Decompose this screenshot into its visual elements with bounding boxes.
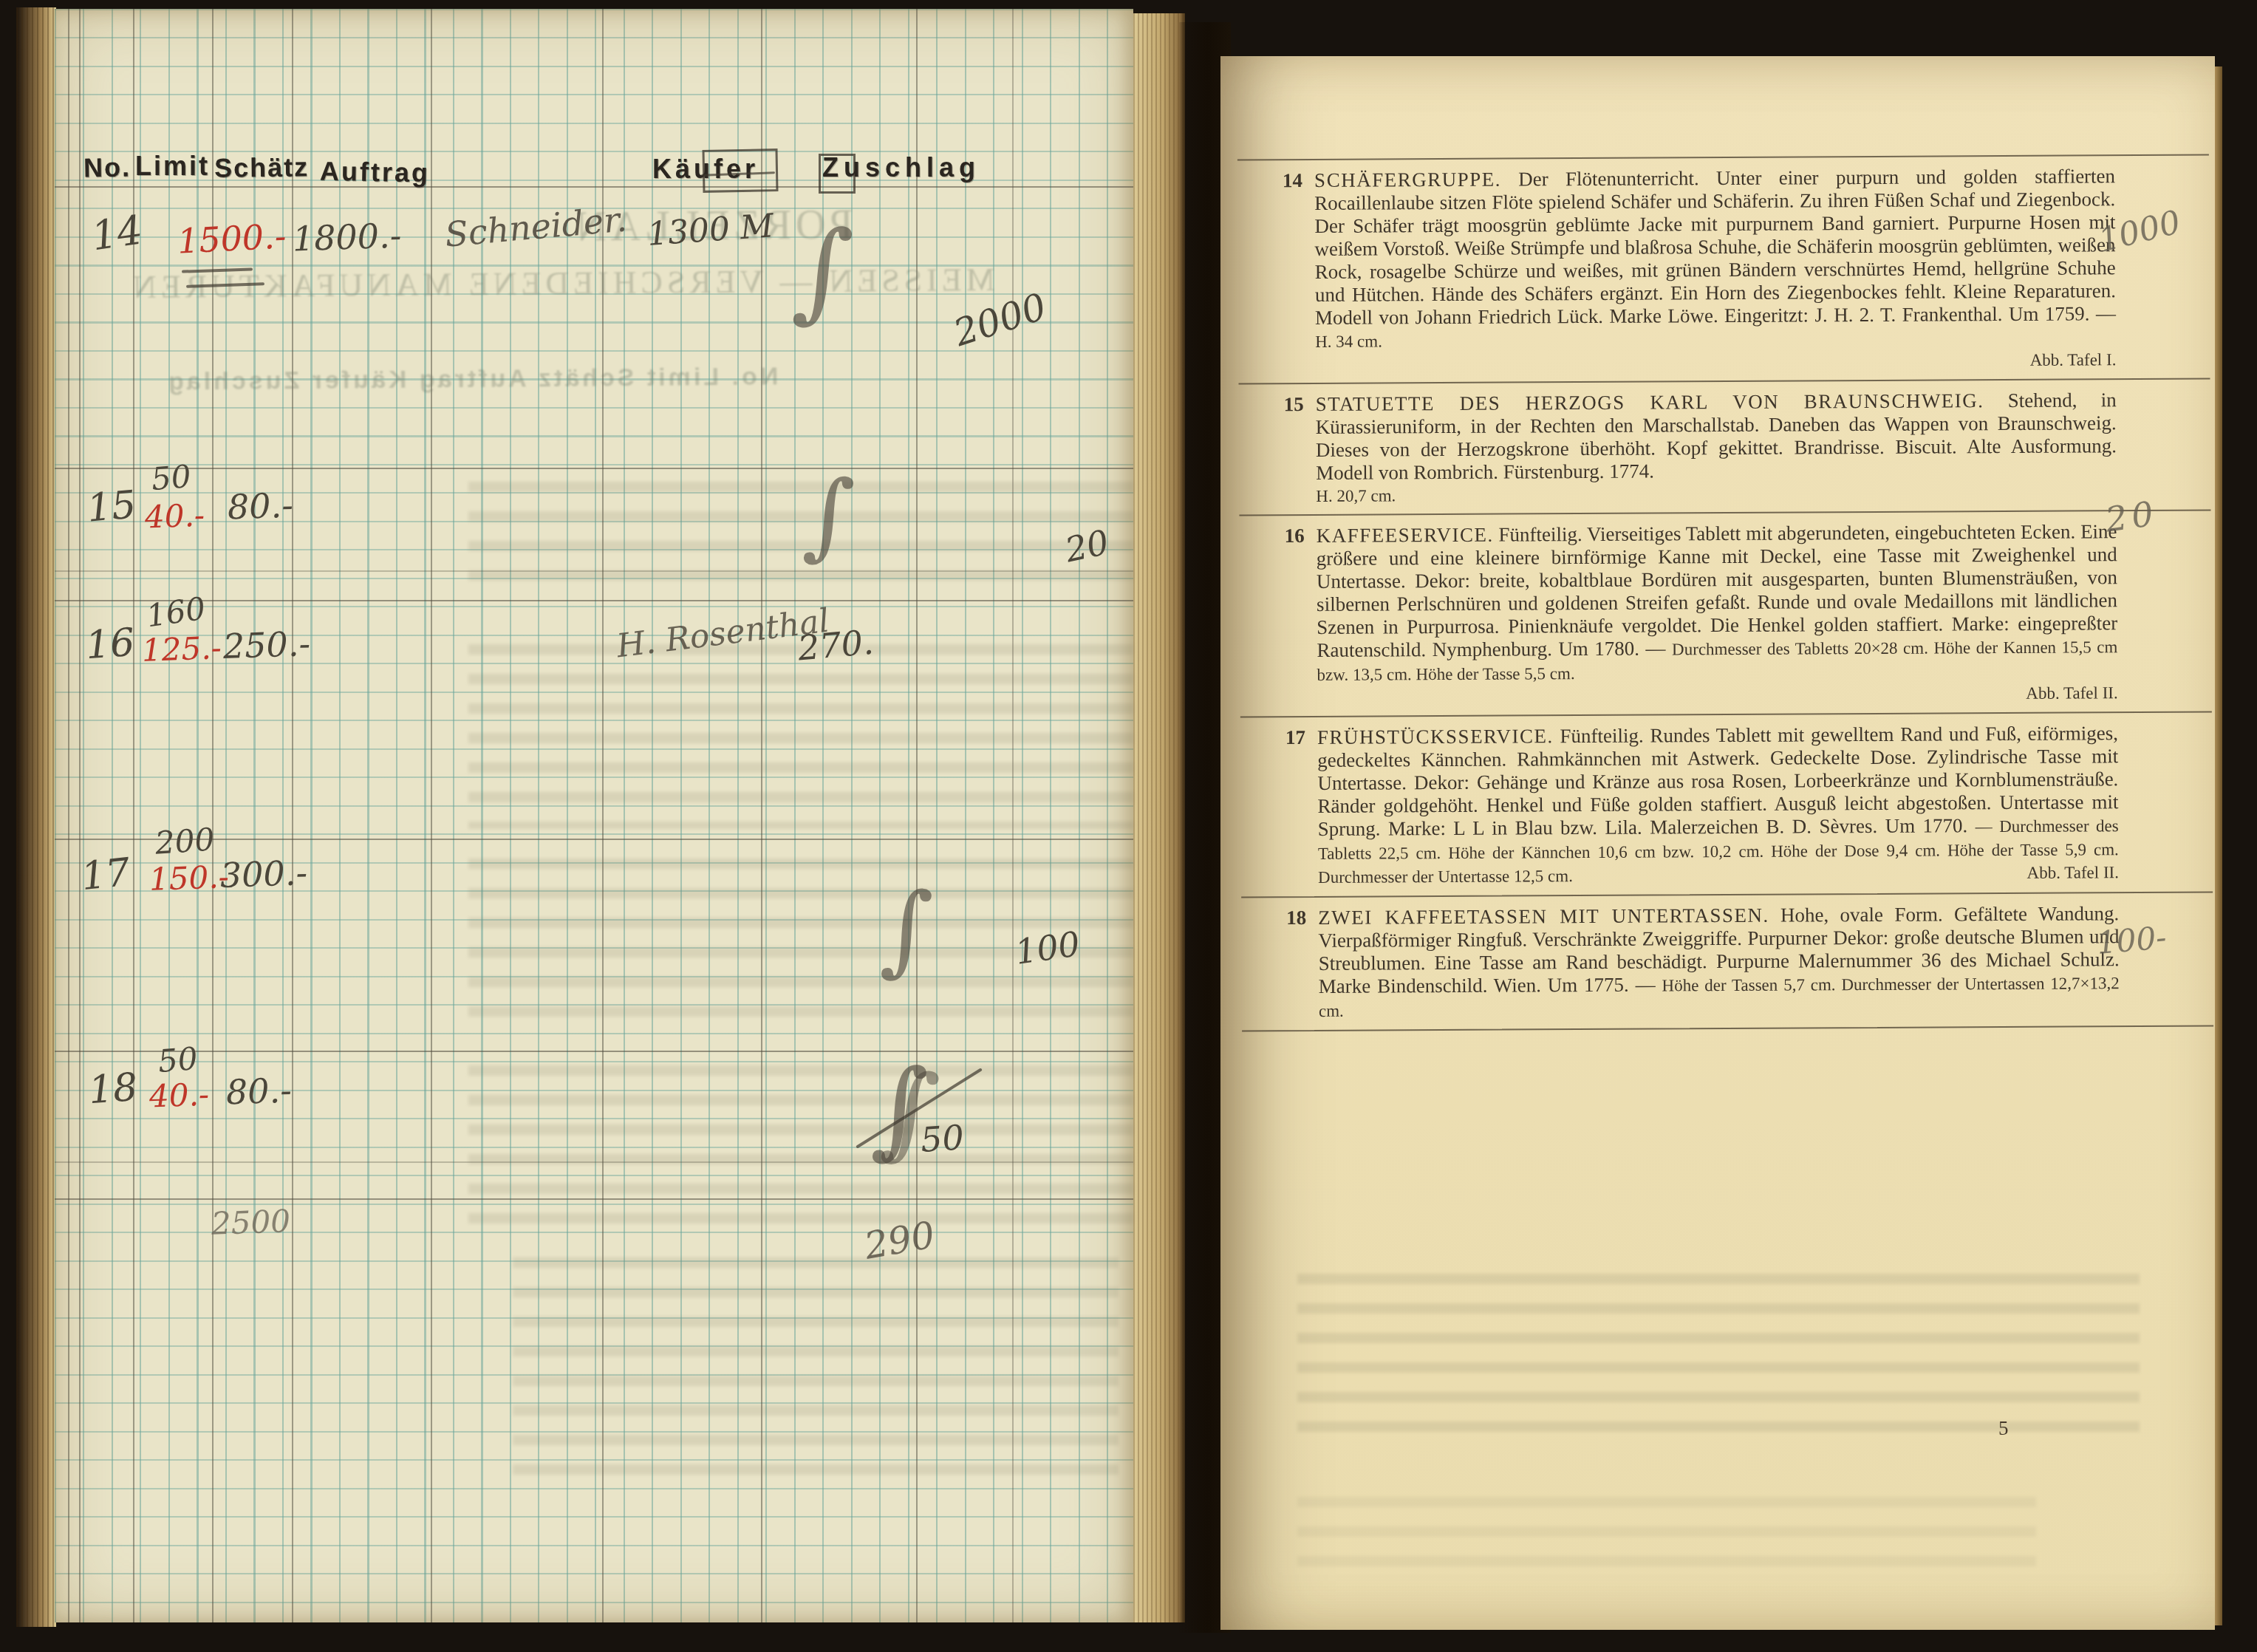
paraph-mark: ∫ (802, 465, 856, 564)
lot-entry-17: 17 FRÜHSTÜCKSSERVICE. Fünfteilig. Rundes… (1240, 711, 2213, 897)
lot-18-description: ZWEI KAFFEETASSEN MIT UNTERTASSEN. Hohe,… (1318, 902, 2120, 1023)
paraph-mark: ∫ (879, 878, 935, 980)
catalog-page: 14 SCHÄFERGRUPPE. Der Flötenunterricht. … (1220, 56, 2215, 1630)
lot-18-number: 18 (1266, 907, 1306, 929)
ledger-column-header-auftrag: Auftrag (320, 156, 431, 189)
row-15-limit: 40.- (144, 497, 205, 536)
stamp-overprint-box-zuschlag (819, 154, 856, 194)
paraph-mark: ∫ (791, 214, 856, 328)
row-14-lot-number: 14 (89, 207, 146, 260)
row-14-limit: 1500.- (177, 216, 287, 262)
lot-list: 14 SCHÄFERGRUPPE. Der Flötenunterricht. … (1237, 154, 2213, 1032)
lot-17-number: 17 (1266, 726, 1305, 749)
bleed-through-smudge (468, 1065, 1133, 1228)
bleed-through-smudge (513, 1257, 1119, 1479)
lot-15-dimensions: H. 20,7 cm. (1316, 482, 2117, 507)
lot-15-number: 15 (1264, 393, 1304, 416)
row-16-zuschlag-note: 270. (796, 622, 875, 669)
row-17-schaetz: 300.- (219, 853, 308, 895)
lot-entry-14: 14 SCHÄFERGRUPPE. Der Flötenunterricht. … (1237, 154, 2210, 383)
lot-entry-15: 15 STATUETTE DES HERZOGS KARL VON BRAUNS… (1239, 378, 2211, 515)
row-15-limit-original: 50 (150, 458, 193, 497)
lot-16-title: KAFFEESERVICE. (1317, 524, 1494, 547)
ledger-row-rule (55, 839, 1133, 840)
ledger-header-rule (55, 186, 1133, 188)
row-16-lot-number: 16 (84, 621, 136, 668)
lot-14-dimensions: H. 34 cm. (1315, 332, 1382, 350)
lot-16-number: 16 (1265, 525, 1305, 547)
lot-entry-16: 16 KAFFEESERVICE. Fünfteilig. Vierseitig… (1239, 510, 2211, 717)
ledger-column-header-schaetz: Schätz (214, 151, 309, 183)
lot-16-plate-reference: Abb. Tafel II. (1317, 682, 2118, 709)
lot-14-description: SCHÄFERGRUPPE. Der Flötenunterricht. Unt… (1314, 165, 2116, 353)
ledger-column-header-limit: Limit (135, 151, 210, 182)
row-17-limit-original: 200 (154, 821, 215, 861)
row-17-limit: 150.- (148, 859, 229, 898)
ledger-row-rule (55, 600, 1133, 601)
row-18-schaetz: 80.- (225, 1070, 293, 1112)
lot-entry-18: 18 ZWEI KAFFEETASSEN MIT UNTERTASSEN. Ho… (1241, 892, 2213, 1032)
lot-14-number: 14 (1263, 169, 1302, 192)
row-15-schaetz: 80.- (227, 485, 294, 527)
book-left-page-stack-edge (16, 7, 56, 1627)
row-18-limit: 40.- (148, 1076, 210, 1115)
page-stack-edge-right-of-ledger (1133, 13, 1185, 1622)
margin-note-lot-15: 20 (2103, 493, 2160, 539)
row-18-lot-number: 18 (87, 1065, 139, 1113)
bleed-through-text: No. Limit Schätz Auftrag Käufer Zuschlag (165, 362, 779, 396)
row-16-limit: 125.- (141, 629, 222, 669)
row-16-limit-original: 160 (144, 590, 208, 635)
lot-15-description: STATUETTE DES HERZOGS KARL VON BRAUNSCHW… (1316, 389, 2117, 485)
ledger-margin-line (68, 9, 69, 1622)
ledger-column-header-no: No. (83, 151, 132, 183)
row-14-schaetz: 1800.- (292, 215, 402, 259)
row-16-schaetz: 250.- (222, 624, 311, 666)
lot-14-title: SCHÄFERGRUPPE. (1314, 168, 1501, 191)
margin-note-lot-17: 100- (2095, 919, 2168, 961)
lot-17-description: FRÜHSTÜCKSSERVICE. Fünfteilig. Rundes Ta… (1317, 722, 2119, 889)
lot-16-description: KAFFEESERVICE. Fünfteilig. Vierseitiges … (1317, 520, 2118, 686)
row-15-lot-number: 15 (86, 482, 138, 531)
page-number: 5 (1998, 1417, 2009, 1440)
ledger-column-line (431, 9, 432, 1622)
bleed-through-smudge (1297, 1274, 2140, 1444)
bleed-through-smudge (468, 482, 1133, 593)
stamp-overprint-box-kaeufer (703, 149, 779, 193)
row-18-zuschlag-note: 50 (919, 1117, 965, 1160)
ledger-margin-line-2 (79, 9, 81, 1622)
lot-17-title: FRÜHSTÜCKSSERVICE. (1317, 725, 1554, 748)
row-18-limit-original: 50 (157, 1040, 199, 1079)
row-17-lot-number: 17 (79, 850, 132, 900)
bleed-through-smudge (468, 644, 1133, 829)
ledger-page: PORZELLAN MEISSEN — VERSCHIEDENE MANUFAK… (55, 9, 1133, 1622)
ledger-row-rule (55, 1051, 1133, 1052)
ledger-row-rule (55, 468, 1133, 469)
lot-18-title: ZWEI KAFFEETASSEN MIT UNTERTASSEN. (1318, 904, 1769, 929)
bleed-through-smudge (1297, 1497, 2036, 1586)
ledger-footer-note-left: 2500 (211, 1203, 291, 1242)
lot-14-plate-reference: Abb. Tafel I. (1315, 349, 2116, 375)
lot-17-plate-reference: Abb. Tafel II. (2026, 861, 2119, 884)
lot-15-title: STATUETTE DES HERZOGS KARL VON BRAUNSCHW… (1316, 389, 1984, 415)
